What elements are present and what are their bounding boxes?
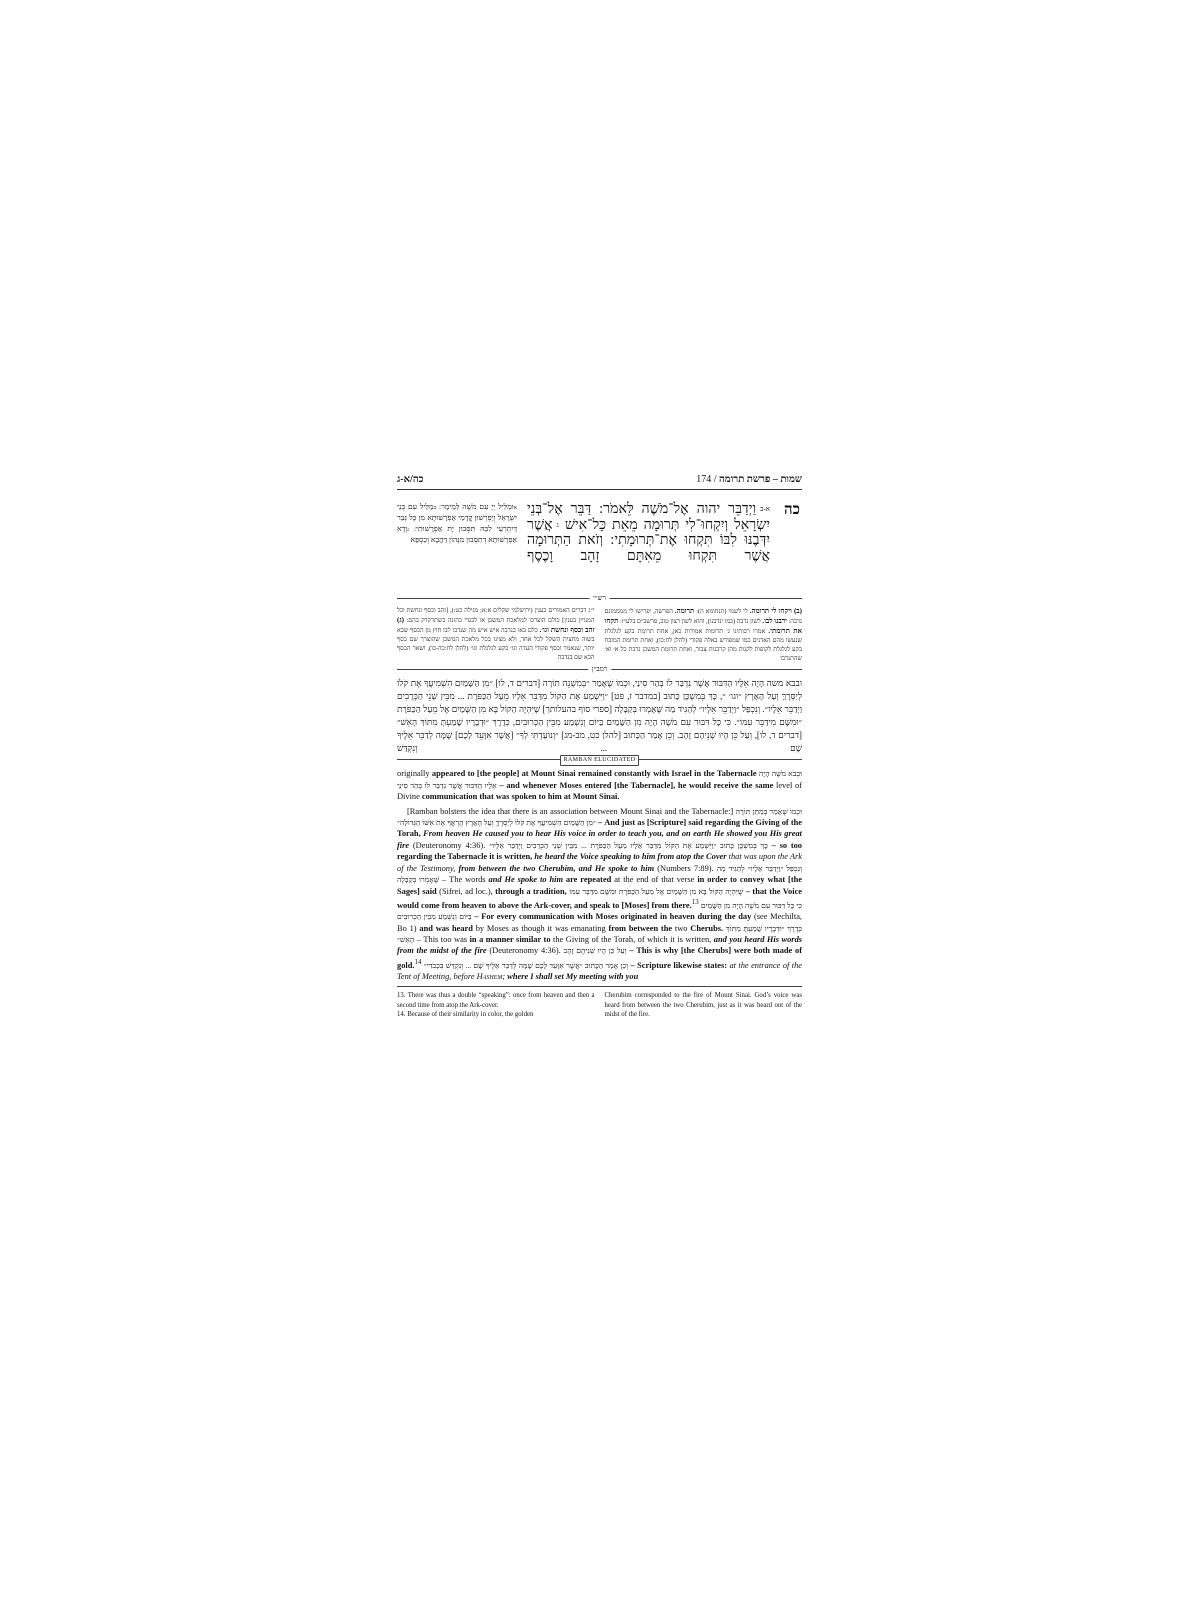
text: – Scripture likewise states:: [628, 961, 729, 970]
book-title: שמות – פרשת תרומה: [719, 474, 802, 485]
footnotes: 13. There was thus a double “speaking”: …: [397, 991, 802, 1019]
ramban-elucidated: originally appeared to [the people] at M…: [397, 768, 802, 982]
torah-text: א-בוַיְדַבֵּר יהוה אֶל־מֹשֶׁה לֵּאמֹר: ד…: [527, 502, 770, 564]
text: the Giving of the Torah, of which it is …: [551, 935, 714, 944]
hebrew-quote: שֶׁיִּהְיֶה הַקּוֹל בָּא מִן הַשָּׁמַיִם…: [569, 887, 743, 896]
elucidated-paragraph: originally appeared to [the people] at M…: [397, 768, 802, 802]
scripture-quote: where I shall set My meeting with you: [507, 972, 638, 981]
text: at the end of that verse: [611, 875, 697, 884]
text: appeared to [the people] at Mount Sinai …: [432, 769, 757, 778]
rashi-text: לשון נדבה (כמו ינדבנו), והוא לשון רצון ט…: [618, 618, 762, 625]
text: originally: [397, 769, 432, 778]
rashi-label: רש״י: [589, 593, 610, 603]
rashi-divider: רש״י: [397, 598, 802, 599]
verse-number: א: [514, 505, 517, 511]
text: – The words: [439, 875, 488, 884]
divine-name: Hashem: [477, 972, 503, 981]
text: from between the: [608, 924, 672, 933]
chapter-number: כה: [770, 502, 802, 564]
verse-number: ג: [407, 527, 409, 533]
footnote-ref[interactable]: 14: [414, 958, 421, 966]
rashi-text: י״ג דברים האמורים בענין (ירושלמי שקלים א…: [397, 607, 595, 624]
citation: (Deuteronomy 4:36).: [487, 946, 561, 955]
text: – and whenever Moses entered [the Tabern…: [497, 781, 776, 790]
elucidated-paragraph: [Ramban bolsters the idea that there is …: [397, 806, 802, 983]
text: communication that was spoken to him at …: [422, 792, 620, 801]
targum-onkelos: אוּמַלִּיל יְיָ עִם מֹשֶׁה לְמֵימָר: במַ…: [397, 502, 527, 564]
dibbur-hamatchil: תרומה.: [675, 607, 694, 615]
footnote-14-continued: Cherubim corresponded to the fire of Mou…: [605, 991, 803, 1019]
elucidated-label: RAMBAN ELUCIDATED: [560, 755, 640, 766]
text: are repeated: [563, 875, 611, 884]
text: through a tradition,: [495, 887, 567, 896]
footnote-13: 13. There was thus a double “speaking”: …: [397, 991, 595, 1010]
scripture-quote: from between the two Cherubim, and He sp…: [458, 864, 654, 873]
text: Cherubs.: [690, 924, 723, 933]
scripture-quote: he heard the Voice speaking to him from …: [534, 852, 726, 861]
hebrew-quote: וְעַל כֵּן הָיוּ שְׁנֵיהֶם זָהָב: [564, 946, 627, 955]
text: and was heard: [419, 924, 473, 933]
rashi-text: לי לשמי (תנחומא ה):: [694, 608, 747, 615]
scripture-quote: and He spoke to him: [489, 875, 564, 884]
ramban-divider: רמב״ן: [397, 669, 802, 670]
footnote-14: 14. Because of their similarity in color…: [397, 1010, 595, 1019]
dibbur-hamatchil: (ב) ויקחו לי תרומה.: [750, 607, 802, 615]
verse-number: ג: [557, 521, 559, 529]
targum-line: וּמַלִּיל יְיָ עִם מֹשֶׁה לְמֵימָר:: [439, 502, 514, 511]
rashi-commentary: (ב) ויקחו לי תרומה. לי לשמי (תנחומא ה): …: [397, 607, 802, 663]
footnote-ref[interactable]: 13: [692, 898, 699, 906]
page-title: שמות – פרשת תרומה / 174: [696, 474, 802, 485]
bracket-note: [Ramban bolsters the idea that there is …: [407, 807, 733, 816]
running-head: כה/א-ג שמות – פרשת תרומה / 174: [397, 474, 802, 490]
book-page: כה/א-ג שמות – פרשת תרומה / 174 כה א-בוַי…: [397, 474, 802, 1019]
text: – This too was: [414, 935, 469, 944]
rashi-column-right: (ב) ויקחו לי תרומה. לי לשמי (תנחומא ה): …: [605, 607, 803, 663]
hebrew-quote: וְכֵן אָמַר הַכָּתוּב ״אֲשֶׁר אִוָּעֵד ל…: [424, 961, 628, 970]
text: two: [672, 924, 690, 933]
dibbur-hamatchil: ידבנו לבו.: [762, 617, 787, 625]
footnote-rule: [397, 986, 802, 987]
ramban-label: רמב״ן: [588, 664, 611, 674]
citation: (Sifrei, ad loc.),: [437, 887, 495, 896]
verse-number: א-ב: [760, 505, 770, 513]
text: – For every communication with Moses ori…: [472, 912, 752, 921]
elucidated-divider: RAMBAN ELUCIDATED: [397, 759, 802, 760]
page-number: 174: [696, 474, 711, 485]
chapter-ref: כה/א-ג: [397, 474, 423, 485]
rashi-column-left: י״ג דברים האמורים בענין (ירושלמי שקלים א…: [397, 607, 595, 663]
footnotes-column-right: Cherubim corresponded to the fire of Mou…: [605, 991, 803, 1019]
verse-text: וַיְדַבֵּר יהוה אֶל־מֹשֶׁה לֵּאמֹר: דַּב…: [527, 501, 770, 533]
text: in a manner similar to: [470, 935, 551, 944]
verse-number: ב: [433, 505, 436, 511]
verse-block: כה א-בוַיְדַבֵּר יהוה אֶל־מֹשֶׁה לֵּאמֹר…: [397, 502, 802, 564]
hebrew-quote: כָּךְ בְּמִשְׁכָּן כָּתוּב ״וַיִּשְׁמַע …: [489, 841, 768, 850]
citation: (Deuteronomy 4:36).: [409, 841, 485, 850]
text: by Moses as though it was emanating: [473, 924, 609, 933]
ramban-hebrew-text: ובבא משה הָיָה אֵלָיו הַדִּבּוּר אֲשֶׁר …: [397, 677, 802, 755]
citation: (Numbers 7:89).: [654, 864, 714, 873]
footnotes-column-left: 13. There was thus a double “speaking”: …: [397, 991, 595, 1019]
